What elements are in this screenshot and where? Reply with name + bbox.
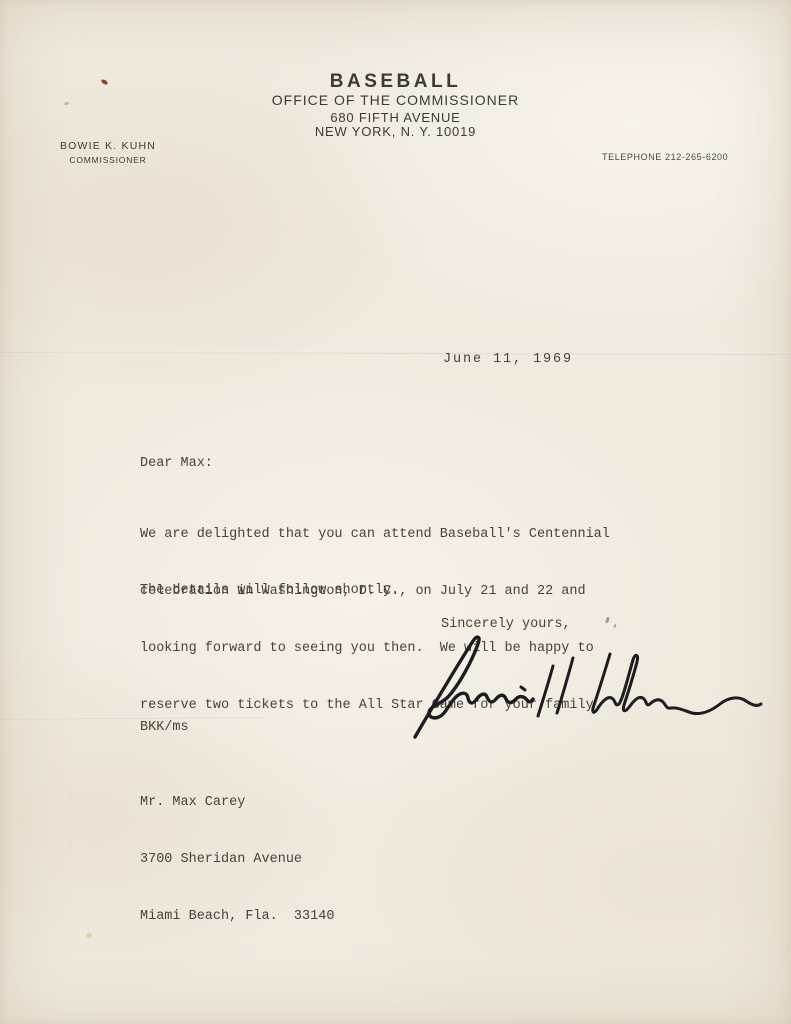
body-line: We are delighted that you can attend Bas… [140, 525, 610, 544]
signature-bowie-k-kuhn [402, 627, 767, 745]
body-paragraph-2: The details will follow shortly. [140, 581, 399, 600]
typist-initials: BKK/ms [140, 718, 189, 737]
recipient-address-block: Mr. Max Carey 3700 Sheridan Avenue Miami… [140, 755, 334, 964]
commissioner-title: COMMISSIONER [58, 155, 158, 165]
recipient-name: Mr. Max Carey [140, 793, 334, 812]
letter-page: BASEBALL OFFICE OF THE COMMISSIONER 680 … [0, 0, 791, 1024]
commissioner-name: BOWIE K. KUHN [58, 140, 158, 152]
letterhead-city-address: NEW YORK, N. Y. 10019 [0, 124, 791, 139]
horizontal-fold-crease [0, 350, 791, 355]
salutation: Dear Max: [140, 454, 213, 473]
letterhead-telephone: TELEPHONE 212-265-6200 [602, 152, 728, 162]
commissioner-name-block: BOWIE K. KUHN COMMISSIONER [58, 140, 158, 165]
recipient-city: Miami Beach, Fla. 33140 [140, 907, 334, 926]
letter-date: June 11, 1969 [443, 350, 573, 369]
recipient-street: 3700 Sheridan Avenue [140, 850, 334, 869]
paper-speck [86, 933, 92, 938]
letterhead-street-address: 680 FIFTH AVENUE [0, 110, 791, 125]
letterhead-office: OFFICE OF THE COMMISSIONER [0, 92, 791, 108]
letterhead-title: BASEBALL [0, 71, 791, 93]
